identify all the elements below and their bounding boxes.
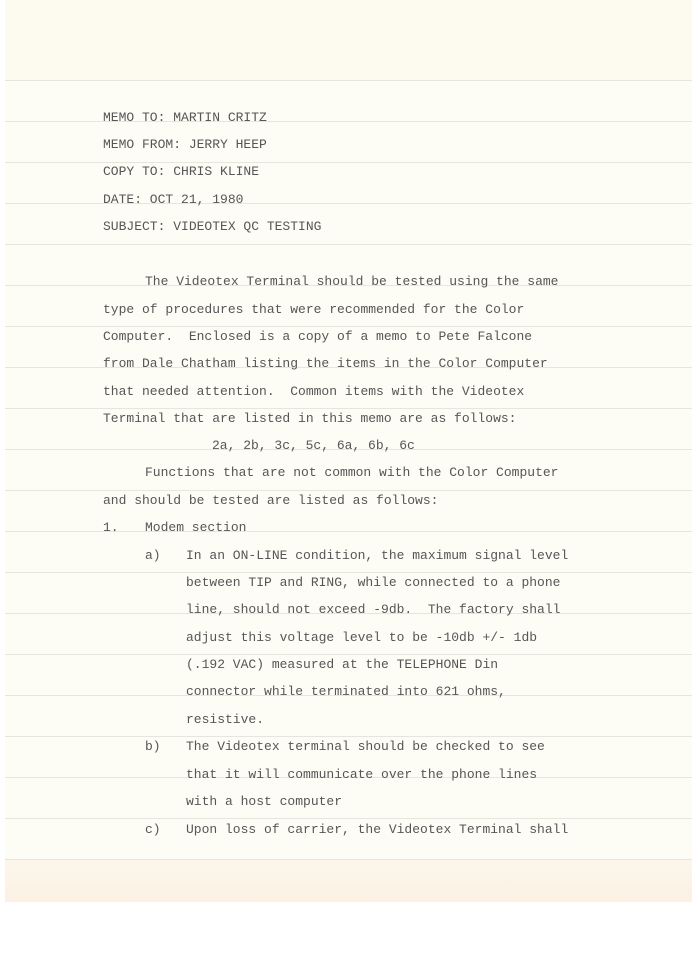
item-line: connector while terminated into 621 ohms… (186, 684, 506, 700)
item-line: The Videotex terminal should be checked … (186, 739, 545, 755)
paragraph-line: Computer. Enclosed is a copy of a memo t… (103, 329, 532, 345)
item-label: b) (145, 739, 161, 755)
section-number: 1. (103, 520, 119, 536)
memo-date: DATE: OCT 21, 1980 (103, 192, 243, 208)
memo-to: MEMO TO: MARTIN CRITZ (103, 110, 267, 126)
item-line: with a host computer (186, 794, 342, 810)
item-line: (.192 VAC) measured at the TELEPHONE Din (186, 657, 498, 673)
paragraph-line: and should be tested are listed as follo… (103, 493, 438, 509)
item-line: line, should not exceed -9db. The factor… (186, 602, 560, 618)
memo-subject: SUBJECT: VIDEOTEX QC TESTING (103, 219, 321, 235)
copy-to: COPY TO: CHRIS KLINE (103, 164, 259, 180)
paragraph-line: Functions that are not common with the C… (145, 465, 558, 481)
item-line: In an ON-LINE condition, the maximum sig… (186, 548, 568, 564)
item-line: between TIP and RING, while connected to… (186, 575, 560, 591)
memo-from: MEMO FROM: JERRY HEEP (103, 137, 267, 153)
item-line: Upon loss of carrier, the Videotex Termi… (186, 822, 568, 838)
paragraph-line: that needed attention. Common items with… (103, 384, 524, 400)
paragraph-line: The Videotex Terminal should be tested u… (145, 274, 558, 290)
item-line: that it will communicate over the phone … (186, 767, 537, 783)
paragraph-line: Terminal that are listed in this memo ar… (103, 411, 516, 427)
common-items-list: 2a, 2b, 3c, 5c, 6a, 6b, 6c (212, 438, 415, 454)
paragraph-line: from Dale Chatham listing the items in t… (103, 356, 548, 372)
paragraph-line: type of procedures that were recommended… (103, 302, 524, 318)
section-title: Modem section (145, 520, 246, 536)
item-line: adjust this voltage level to be -10db +/… (186, 630, 537, 646)
item-label: a) (145, 548, 161, 564)
item-label: c) (145, 822, 161, 838)
item-line: resistive. (186, 712, 264, 728)
